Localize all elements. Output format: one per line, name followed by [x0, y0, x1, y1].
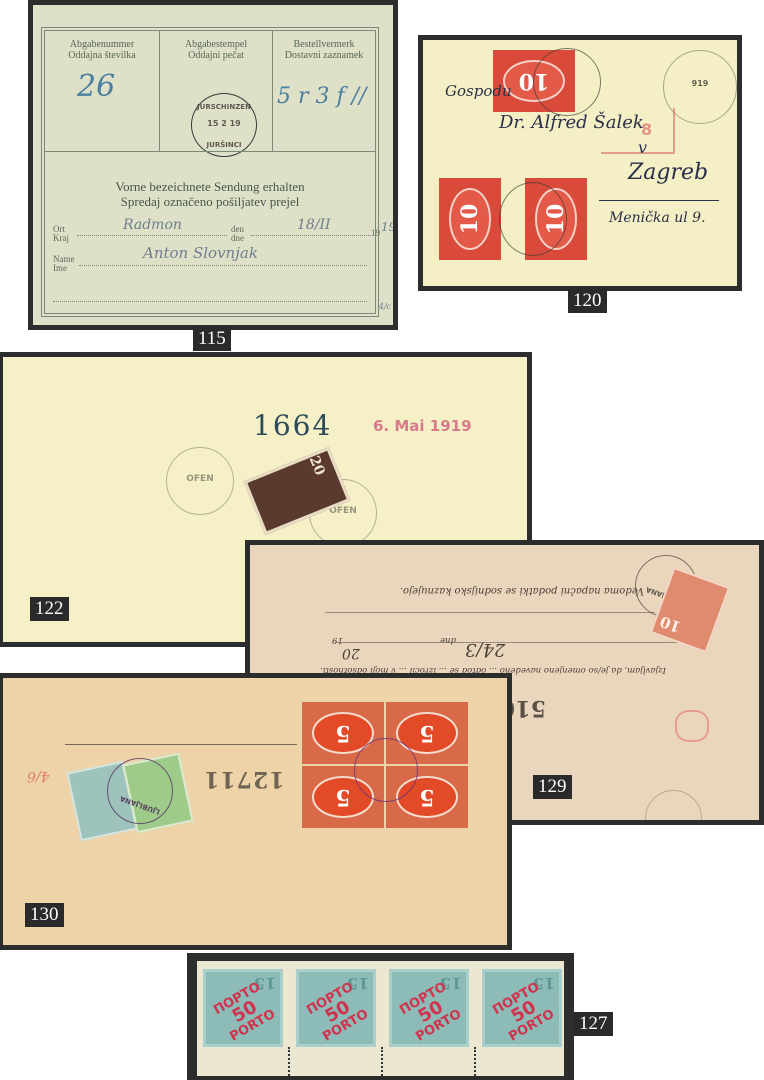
lot-120-cover[interactable]: 10 919 8 Gospodu Dr. Alfred Šalek 10 10 …: [418, 35, 742, 291]
receipt-form-frame: Abgabenummer Oddajna številka 26 Abgabes…: [41, 27, 379, 317]
ofen-cancel-postmark: OFEN: [166, 447, 234, 515]
handwritten-delivery-note: 5 r 3 f //: [277, 91, 366, 102]
form-rule: [335, 642, 680, 643]
address-underline: [599, 200, 719, 201]
date-handstamp: 6. Mai 1919: [373, 417, 472, 435]
perforation-line: [381, 1047, 383, 1080]
postage-due-block-of-four: 5 5 5 5: [298, 698, 470, 832]
number-handstamp: 12711: [203, 766, 285, 792]
lot-number-badge-122: 122: [30, 597, 69, 621]
form-row-name: Name Ime Anton Slovnjak: [53, 255, 367, 273]
lot-130-card[interactable]: 12711 4/6 LJUBLJANA 5 5 5 5: [0, 673, 512, 950]
address-salutation: Gospodu: [445, 82, 512, 100]
overprinted-stamp: 15 ПОРТО50PORTO: [296, 969, 376, 1047]
lot-number-badge-120: 120: [568, 289, 607, 313]
number-handstamp: 1664: [253, 409, 332, 442]
handwritten-number: 26: [77, 81, 115, 92]
postage-due-stamp-10: 10: [439, 178, 501, 260]
perforation-line: [474, 1047, 476, 1080]
col-label-sl: Dostavni zaznamek: [273, 50, 375, 61]
handwritten-place: Radmon: [123, 221, 182, 230]
jurschinzen-cancel-postmark: JURSCHINZEN 15 2 19 JURŠINCI: [191, 93, 257, 157]
form-col-delivery: Bestellvermerk Dostavni zaznamek 5 r 3 f…: [273, 31, 375, 151]
lot-number-badge-127: 127: [574, 1012, 613, 1036]
lot-115-receipt-card[interactable]: Abgabenummer Oddajna številka 26 Abgabes…: [28, 0, 398, 330]
col-label-de: Bestellvermerk: [273, 39, 375, 50]
stamp-strip-of-four: 15 ПОРТО50PORTO 15 ПОРТО50PORTO 15 ПОРТО…: [197, 961, 564, 1076]
handwritten-year: 20: [342, 645, 360, 661]
form-col-cancel: Abgabestempel Oddajni pečat JURSCHINZEN …: [160, 31, 273, 151]
red-control-mark: [675, 710, 709, 742]
lot-number-badge-130: 130: [25, 903, 64, 927]
overprinted-stamp: 15 ПОРТО50PORTO: [203, 969, 283, 1047]
cancel-postmark: [533, 48, 601, 116]
lot-number-badge-129: 129: [533, 775, 572, 799]
overprinted-stamp: 15 ПОРТО50PORTO: [482, 969, 562, 1047]
cancel-postmark: [499, 182, 567, 256]
address-name: Dr. Alfred Šalek: [499, 112, 644, 133]
form-divider: [45, 151, 375, 152]
form-title: Vorne bezeichnete Sendung erhalten Spred…: [45, 179, 375, 209]
perforation-line: [288, 1047, 290, 1080]
lot-number-badge-115: 115: [193, 327, 231, 351]
col-label-de: Abgabestempel: [160, 39, 272, 50]
red-pencil-note: 4/6: [27, 768, 50, 784]
ljubljana-cancel-postmark: LJUBLJANA: [107, 758, 173, 824]
overprinted-stamp: 15 ПОРТО50PORTO: [389, 969, 469, 1047]
form-blank-line: [53, 301, 367, 302]
col-label-de: Abgabenummer: [45, 39, 159, 50]
printed-warning-text: Vedoma napačni podatki se sodnijsko kazn…: [400, 585, 644, 596]
form-rule: [325, 612, 655, 613]
col-label-sl: Oddajna številka: [45, 50, 159, 61]
address-city-prefix: v: [638, 138, 647, 157]
address-city: Zagreb: [628, 160, 708, 185]
partial-postmark: [645, 790, 702, 825]
lot-127-stamp-strip[interactable]: 15 ПОРТО50PORTO 15 ПОРТО50PORTO 15 ПОРТО…: [187, 953, 574, 1080]
form-rule: [65, 744, 297, 745]
corner-pencil-note: 4/c: [379, 302, 391, 311]
ljubljana-cancel-postmark: [354, 738, 418, 802]
address-street: Menička ul 9.: [609, 210, 706, 226]
handwritten-date: 24/3: [465, 639, 505, 660]
form-col-number: Abgabenummer Oddajna številka 26: [45, 31, 160, 151]
col-label-sl: Oddajni pečat: [160, 50, 272, 61]
handwritten-name: Anton Slovnjak: [143, 249, 258, 258]
form-row-place: Ort Kraj Radmon den dne 18/II 19 19: [53, 225, 367, 243]
handwritten-day: 18/II: [297, 221, 331, 230]
